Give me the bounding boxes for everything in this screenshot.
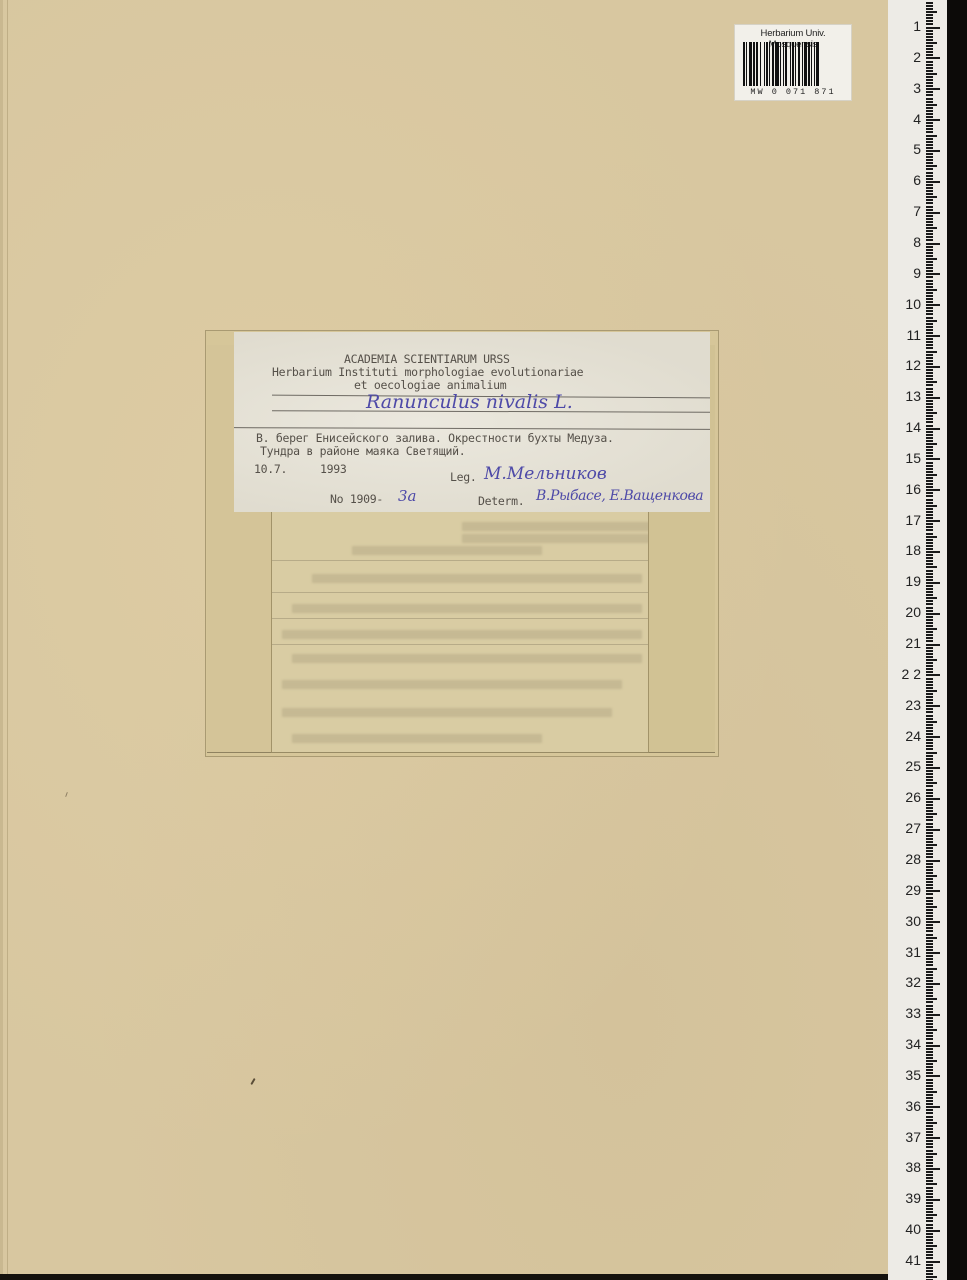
ruler-tick	[926, 1254, 933, 1256]
ruler-tick	[926, 934, 933, 936]
ruler-tick	[926, 51, 933, 53]
ruler-tick	[926, 739, 933, 741]
specimen-label: ACADEMIA SCIENTIARUM URSS Herbarium Inst…	[234, 332, 710, 512]
ruler-tick	[926, 76, 933, 78]
ruler-tick	[926, 699, 933, 701]
ruler-tick	[926, 159, 933, 161]
ruler-tick	[926, 545, 933, 547]
ruler-tick	[926, 708, 933, 710]
ruler-label: 27	[891, 820, 921, 836]
ruler-tick	[926, 79, 933, 81]
ruler-tick	[926, 1088, 933, 1090]
ruler-tick	[926, 940, 933, 942]
collection-date-year: 1993	[320, 462, 347, 476]
ruler-tick	[926, 647, 933, 649]
bleed-through-text	[292, 734, 542, 743]
ruler-tick	[926, 748, 933, 750]
ruler-tick	[926, 1011, 933, 1013]
ruler-tick	[926, 270, 933, 272]
ruler-tick	[926, 156, 933, 158]
ruler-tick	[926, 1032, 933, 1034]
ruler-tick	[926, 591, 933, 593]
ruler-tick	[926, 428, 940, 430]
ruler-tick	[926, 1066, 933, 1068]
ruler-tick	[926, 995, 933, 997]
ruler-tick	[926, 298, 933, 300]
ruler-tick	[926, 317, 933, 319]
ruler-tick	[926, 30, 933, 32]
ruler-label: 21	[891, 635, 921, 651]
locality-line-2: Тундра в районе маяка Светящий.	[260, 444, 465, 458]
ruler-tick	[926, 1193, 933, 1195]
ruler-tick	[926, 1187, 933, 1189]
ruler-tick	[926, 11, 937, 13]
ruler-tick	[926, 715, 933, 717]
ruler-label: 40	[891, 1221, 921, 1237]
ruler-tick	[926, 150, 940, 152]
ruler-tick	[926, 628, 937, 630]
ruler-tick	[926, 533, 933, 535]
ruler-tick	[926, 88, 940, 90]
ruler-tick	[926, 384, 933, 386]
ruler-tick	[926, 637, 933, 639]
ruler-tick	[926, 138, 933, 140]
ruler-tick	[926, 597, 937, 599]
ruler-tick	[926, 1079, 933, 1081]
ruler-tick	[926, 227, 937, 229]
ruler-tick	[926, 1106, 940, 1108]
ruler-tick	[926, 273, 940, 275]
ruler-label: 2	[891, 49, 921, 65]
ruler-tick	[926, 329, 933, 331]
ruler-tick	[926, 823, 933, 825]
ruler-tick	[926, 860, 940, 862]
ruler-tick	[926, 659, 937, 661]
ruler-tick	[926, 998, 937, 1000]
ruler-tick	[926, 1264, 933, 1266]
ruler-tick	[926, 1134, 933, 1136]
ruler-tick	[926, 2, 933, 4]
ruler-tick	[926, 492, 933, 494]
ruler-tick	[926, 199, 933, 201]
ruler-label: 34	[891, 1036, 921, 1052]
bleed-through-text	[462, 534, 648, 543]
ruler-tick	[926, 452, 933, 454]
ruler-tick	[926, 807, 933, 809]
locality-line-1: В. берег Енисейского залива. Окрестности…	[256, 431, 614, 445]
ruler-tick	[926, 313, 933, 315]
ruler-tick	[926, 70, 933, 72]
ruler-tick	[926, 674, 940, 676]
ruler-tick	[926, 391, 933, 393]
ruler-tick	[926, 128, 933, 130]
ruler-label: 3	[891, 80, 921, 96]
ruler-tick	[926, 258, 937, 260]
ruler-tick	[926, 640, 933, 642]
ruler-tick	[926, 1014, 940, 1016]
ruler-tick	[926, 607, 933, 609]
ruler-tick	[926, 462, 933, 464]
ruler-tick	[926, 952, 940, 954]
ruler-tick	[926, 946, 933, 948]
ruler-tick	[926, 1054, 933, 1056]
ruler-tick	[926, 1267, 933, 1269]
ruler-tick	[926, 785, 933, 787]
ruler-tick	[926, 742, 933, 744]
ruler-tick	[926, 341, 933, 343]
ruler-tick	[926, 36, 933, 38]
ruler-tick	[926, 449, 933, 451]
ruler-tick	[926, 687, 933, 689]
ruler-tick	[926, 255, 933, 257]
ruler-tick	[926, 1035, 933, 1037]
bleed-through-text	[312, 574, 642, 583]
ruler-tick	[926, 943, 933, 945]
ruler-tick	[926, 801, 933, 803]
ruler-tick	[926, 168, 933, 170]
ruler-tick	[926, 1023, 933, 1025]
ruler-tick	[926, 141, 933, 143]
ruler-tick	[926, 696, 933, 698]
scale-ruler: 1234567891011121314151617181920212 22324…	[888, 0, 947, 1280]
ruler-tick	[926, 551, 940, 553]
ruler-tick	[926, 526, 933, 528]
ruler-tick	[926, 1245, 937, 1247]
scanner-bottom-edge	[0, 1274, 888, 1280]
ruler-tick	[926, 264, 933, 266]
ruler-tick	[926, 243, 940, 245]
ruler-tick	[926, 782, 937, 784]
ruler-tick	[926, 1273, 933, 1275]
ruler-tick	[926, 924, 933, 926]
ruler-tick	[926, 344, 933, 346]
bleed-through-text	[462, 522, 648, 531]
ruler-tick	[926, 107, 933, 109]
ruler-label: 16	[891, 481, 921, 497]
ruler-tick	[926, 357, 933, 359]
ruler-tick	[926, 252, 933, 254]
ruler-tick	[926, 1082, 933, 1084]
ruler-tick	[926, 1091, 937, 1093]
ruler-tick	[926, 594, 933, 596]
ruler-tick	[926, 798, 940, 800]
ruler-label: 17	[891, 512, 921, 528]
ruler-tick	[926, 1137, 940, 1139]
ruler-tick	[926, 619, 933, 621]
ruler-tick	[926, 446, 933, 448]
ruler-tick	[926, 542, 933, 544]
ruler-tick	[926, 684, 933, 686]
ruler-tick	[926, 949, 933, 951]
ruler-tick	[926, 1196, 933, 1198]
ruler-tick	[926, 625, 933, 627]
ruler-tick	[926, 116, 933, 118]
ruler-tick	[926, 736, 940, 738]
ruler-tick	[926, 600, 933, 602]
ruler-tick	[926, 829, 940, 831]
ruler-tick	[926, 1001, 933, 1003]
ruler-tick	[926, 955, 933, 957]
ruler-tick	[926, 230, 933, 232]
ruler-tick	[926, 752, 937, 754]
bleed-through-text	[292, 654, 642, 663]
ruler-tick	[926, 900, 933, 902]
ruler-label: 4	[891, 111, 921, 127]
ruler-tick	[926, 1026, 933, 1028]
ruler-tick	[926, 844, 937, 846]
ruler-tick	[926, 603, 933, 605]
ruler-tick	[926, 323, 933, 325]
ruler-tick	[926, 1060, 937, 1062]
ruler-tick	[926, 505, 937, 507]
ruler-tick	[926, 1131, 933, 1133]
ruler-tick	[926, 434, 933, 436]
ruler-tick	[926, 764, 933, 766]
ruler-tick	[926, 193, 933, 195]
ruler-tick	[926, 440, 933, 442]
ruler-tick	[926, 702, 933, 704]
label-header-institute: et oecologiae animalium	[354, 378, 506, 392]
ruler-tick	[926, 1051, 933, 1053]
ruler-label: 7	[891, 203, 921, 219]
ruler-tick	[926, 366, 940, 368]
ruler-tick	[926, 1227, 933, 1229]
ruler-tick	[926, 233, 933, 235]
ruler-label: 25	[891, 758, 921, 774]
ruler-tick	[926, 468, 933, 470]
bleed-through-rule	[272, 618, 648, 619]
ruler-tick	[926, 1276, 937, 1278]
ruler-tick	[926, 326, 933, 328]
ruler-tick	[926, 394, 933, 396]
ruler-tick	[926, 23, 933, 25]
ruler-tick	[926, 989, 933, 991]
ruler-tick	[926, 841, 933, 843]
ruler-tick	[926, 514, 933, 516]
ruler-tick	[926, 718, 933, 720]
ruler-tick	[926, 616, 933, 618]
ruler-tick	[926, 711, 933, 713]
ruler-label: 33	[891, 1005, 921, 1021]
ruler-tick	[926, 1270, 933, 1272]
ruler-tick	[926, 634, 933, 636]
ruler-tick	[926, 1211, 933, 1213]
ruler-tick	[926, 187, 933, 189]
ruler-tick	[926, 1180, 933, 1182]
ruler-tick	[926, 1057, 933, 1059]
label-header-academy: ACADEMIA SCIENTIARUM URSS	[344, 352, 510, 366]
ruler-tick	[926, 875, 937, 877]
ruler-tick	[926, 209, 933, 211]
ruler-tick	[926, 1153, 937, 1155]
ruler-tick	[926, 39, 933, 41]
ruler-tick	[926, 409, 933, 411]
ruler-tick	[926, 415, 933, 417]
bleed-through-text	[282, 708, 612, 717]
ruler-tick	[926, 1220, 933, 1222]
determiner-label: Determ.	[478, 494, 524, 508]
ruler-tick	[926, 789, 933, 791]
ruler-tick	[926, 1165, 933, 1167]
ruler-label: 5	[891, 141, 921, 157]
ruler-tick	[926, 8, 933, 10]
ruler-tick	[926, 570, 933, 572]
ruler-tick	[926, 1128, 933, 1130]
ruler-tick	[926, 94, 933, 96]
ruler-tick	[926, 480, 933, 482]
ruler-tick	[926, 656, 933, 658]
ruler-tick	[926, 912, 933, 914]
ruler-tick	[926, 17, 933, 19]
ruler-tick	[926, 1224, 933, 1226]
ruler-tick	[926, 1029, 937, 1031]
ruler-tick	[926, 1122, 937, 1124]
ruler-tick	[926, 1248, 933, 1250]
ruler-tick	[926, 283, 933, 285]
ruler-tick	[926, 85, 933, 87]
ruler-tick	[926, 403, 933, 405]
ruler-tick	[926, 560, 933, 562]
ruler-tick	[926, 14, 933, 16]
ruler-tick	[926, 477, 933, 479]
ruler-tick	[926, 354, 933, 356]
ruler-tick	[926, 897, 933, 899]
ruler-tick	[926, 585, 933, 587]
ruler-tick	[926, 826, 933, 828]
ruler-tick	[926, 573, 933, 575]
ruler-tick	[926, 221, 933, 223]
ruler-tick	[926, 1146, 933, 1148]
ruler-tick	[926, 172, 933, 174]
ruler-tick	[926, 776, 933, 778]
ruler-tick	[926, 678, 933, 680]
barcode-icon	[743, 42, 843, 86]
ruler-label: 36	[891, 1098, 921, 1114]
ruler-tick	[926, 890, 940, 892]
ruler-tick	[926, 745, 933, 747]
ruler-tick	[926, 968, 937, 970]
ruler-tick	[926, 1103, 933, 1105]
ruler-tick	[926, 125, 933, 127]
ruler-tick	[926, 425, 933, 427]
ruler-tick	[926, 455, 933, 457]
ruler-tick	[926, 1230, 940, 1232]
ruler-tick	[926, 239, 933, 241]
ruler-tick	[926, 884, 933, 886]
ruler-tick	[926, 671, 933, 673]
ruler-tick	[926, 499, 933, 501]
ruler-tick	[926, 921, 940, 923]
collector-name: М.Мельников	[484, 464, 607, 484]
ruler-tick	[926, 668, 933, 670]
ruler-tick	[926, 289, 937, 291]
ruler-tick	[926, 397, 940, 399]
bleed-through-rule	[272, 644, 648, 645]
ruler-tick	[926, 974, 933, 976]
ruler-tick	[926, 1177, 933, 1179]
ruler-tick	[926, 42, 937, 44]
ruler-tick	[926, 767, 940, 769]
ruler-tick	[926, 378, 933, 380]
ruler-tick	[926, 400, 933, 402]
ruler-tick	[926, 980, 933, 982]
ruler-tick	[926, 579, 933, 581]
ruler-tick	[926, 64, 933, 66]
ruler-tick	[926, 486, 933, 488]
ruler-tick	[926, 246, 933, 248]
ruler-tick	[926, 1257, 933, 1259]
ruler-tick	[926, 850, 933, 852]
ruler-label: 32	[891, 974, 921, 990]
ruler-tick	[926, 566, 937, 568]
ruler-label: 12	[891, 357, 921, 373]
ruler-tick	[926, 335, 940, 337]
ruler-label: 38	[891, 1159, 921, 1175]
ruler-label: 29	[891, 882, 921, 898]
ruler-tick	[926, 779, 933, 781]
ruler-tick	[926, 1085, 933, 1087]
ruler-tick	[926, 872, 933, 874]
ruler-tick	[926, 662, 933, 664]
ruler-tick	[926, 184, 933, 186]
ruler-tick	[926, 1008, 933, 1010]
ruler-tick	[926, 104, 937, 106]
ruler-label: 15	[891, 450, 921, 466]
ruler-tick	[926, 181, 940, 183]
ruler-tick	[926, 135, 937, 137]
ruler-label: 23	[891, 697, 921, 713]
ruler-tick	[926, 1239, 933, 1241]
ruler-tick	[926, 906, 937, 908]
ruler-tick	[926, 918, 933, 920]
ruler-tick	[926, 866, 933, 868]
barcode-label: Herbarium Univ. Mosquensis MW 0 071 871	[734, 24, 852, 101]
ruler-tick	[926, 856, 933, 858]
ruler-tick	[926, 178, 933, 180]
ruler-tick	[926, 483, 933, 485]
ruler-tick	[926, 631, 933, 633]
ruler-tick	[926, 165, 937, 167]
ruler-tick	[926, 529, 933, 531]
ruler-tick	[926, 964, 933, 966]
ruler-tick	[926, 937, 937, 939]
ruler-tick	[926, 372, 933, 374]
ruler-tick	[926, 1140, 933, 1142]
determiner-names: В.Рыбасе, Е.Ващенкова	[536, 488, 703, 504]
ruler-tick	[926, 520, 940, 522]
ruler-tick	[926, 215, 933, 217]
ruler-tick	[926, 1156, 933, 1158]
ruler-tick	[926, 1208, 933, 1210]
ruler-tick	[926, 310, 933, 312]
ruler-label: 31	[891, 944, 921, 960]
ruler-tick	[926, 465, 933, 467]
ruler-tick	[926, 347, 933, 349]
ruler-tick	[926, 458, 940, 460]
ruler-tick	[926, 1125, 933, 1127]
ruler-tick	[926, 1261, 940, 1263]
ruler-tick	[926, 332, 933, 334]
ruler-tick	[926, 437, 933, 439]
ruler-tick	[926, 110, 933, 112]
ruler-tick	[926, 773, 933, 775]
ruler-tick	[926, 770, 933, 772]
ruler-tick	[926, 548, 933, 550]
ruler-tick	[926, 915, 933, 917]
ruler-tick	[926, 412, 937, 414]
ruler-label: 10	[891, 296, 921, 312]
specimen-number-label: No 1909-	[330, 492, 383, 506]
